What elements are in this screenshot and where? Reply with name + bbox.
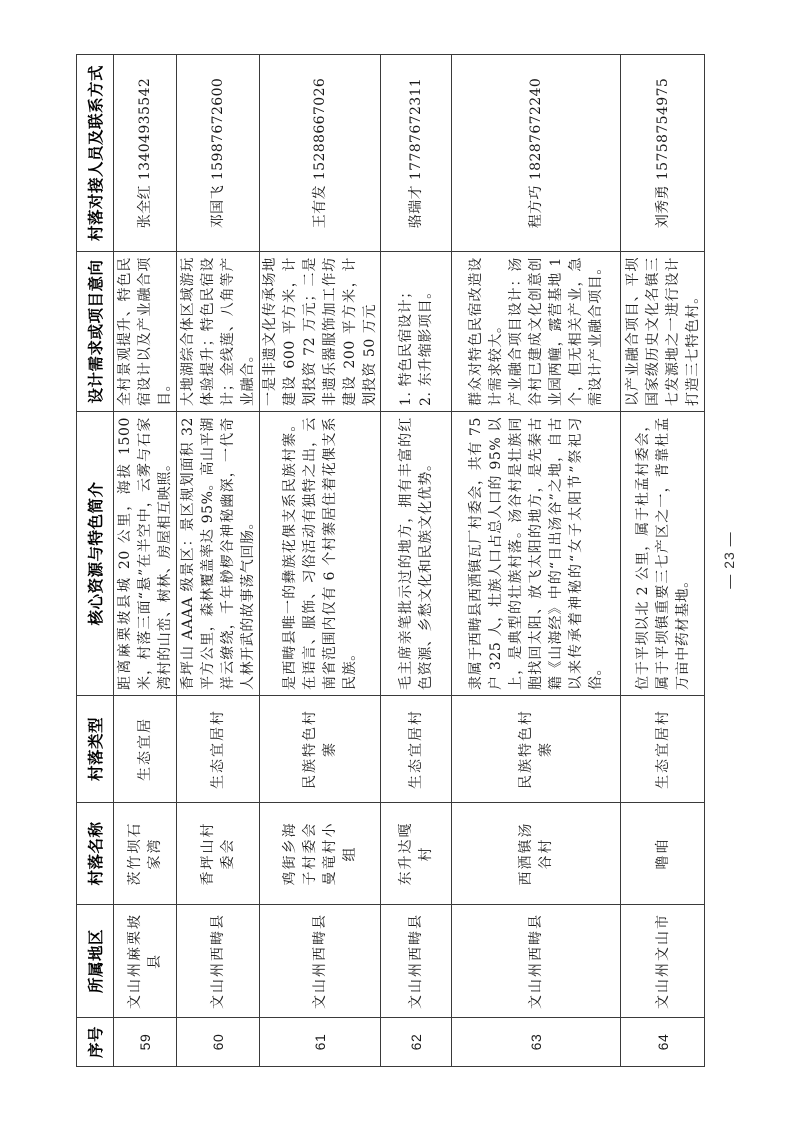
cell-region: 文山州麻栗坡县 [114, 905, 177, 1018]
rotated-table-container: 序号 所属地区 村落名称 村落类型 核心资源与特色简介 设计需求或项目意向 村落… [76, 55, 697, 1067]
cell-serial-number: 63 [452, 1018, 621, 1067]
cell-core-resources: 香坪山 AAAA 级景区：景区规划面积 32 平方公里，森林覆盖率达 95%。高… [177, 412, 260, 696]
table-header-row: 序号 所属地区 村落名称 村落类型 核心资源与特色简介 设计需求或项目意向 村落… [77, 55, 114, 1067]
cell-contact: 张全红 13404935542 [114, 55, 177, 252]
cell-region: 文山州西畴县 [452, 905, 621, 1018]
cell-core-resources: 毛主席亲笔批示过的地方，拥有丰富的红色资源、乡愁文化和民族文化优势。 [381, 412, 452, 696]
cell-contact: 刘秀勇 15758754975 [621, 55, 705, 252]
cell-design-needs: 全村景观提升、特色民宿设计以及产业融合项目。 [114, 252, 177, 412]
header-contact: 村落对接人员及联系方式 [77, 55, 114, 252]
cell-serial-number: 59 [114, 1018, 177, 1067]
cell-village-name: 香坪山村委会 [177, 803, 260, 905]
header-village-name: 村落名称 [77, 803, 114, 905]
cell-serial-number: 60 [177, 1018, 260, 1067]
cell-village-name: 鸡街乡海子村委会曼竜村小组 [260, 803, 381, 905]
cell-serial-number: 61 [260, 1018, 381, 1067]
table-row: 64 文山州文山市 噜咱 生态宜居村 位于平坝以北 2 公里，属于杜孟村委会，属… [621, 55, 705, 1067]
table-row: 62 文山州西畴县 东升达嘎村 生态宜居村 毛主席亲笔批示过的地方，拥有丰富的红… [381, 55, 452, 1067]
header-serial-number: 序号 [77, 1018, 114, 1067]
header-design-needs: 设计需求或项目意向 [77, 252, 114, 412]
cell-serial-number: 62 [381, 1018, 452, 1067]
cell-village-type: 民族特色村寨 [452, 696, 621, 803]
cell-core-resources: 隶属于西畴县西洒镇瓦厂村委会，共有 75 户 325 人，壮族人口占总人口的 9… [452, 412, 621, 696]
cell-design-needs: 大地湖综合体区域游玩体验提升；特色民宿设计；金线莲、八角等产业融合。 [177, 252, 260, 412]
cell-village-type: 生态宜居村 [381, 696, 452, 803]
table-row: 59 文山州麻栗坡县 茨竹坝石家湾 生态宜居 距离麻栗坡县城 20 公里，海拔 … [114, 55, 177, 1067]
cell-core-resources: 是西畴县唯一的彝族花倮支系民族村寨。在语言、服饰、习俗活动有独特之出，云南省范围… [260, 412, 381, 696]
table-row: 60 文山州西畴县 香坪山村委会 生态宜居村 香坪山 AAAA 级景区：景区规划… [177, 55, 260, 1067]
cell-village-name: 东升达嘎村 [381, 803, 452, 905]
cell-contact: 邓国飞 15987672600 [177, 55, 260, 252]
cell-village-type: 生态宜居村 [177, 696, 260, 803]
cell-village-type: 生态宜居 [114, 696, 177, 803]
cell-region: 文山州文山市 [621, 905, 705, 1018]
cell-core-resources: 位于平坝以北 2 公里，属于杜孟村委会，属于平坝镇重要三七产区之一，背靠杜孟万亩… [621, 412, 705, 696]
village-table: 序号 所属地区 村落名称 村落类型 核心资源与特色简介 设计需求或项目意向 村落… [76, 54, 705, 1067]
cell-village-type: 民族特色村寨 [260, 696, 381, 803]
cell-contact: 程方巧 18287672240 [452, 55, 621, 252]
table-row: 63 文山州西畴县 西洒镇汤谷村 民族特色村寨 隶属于西畴县西洒镇瓦厂村委会，共… [452, 55, 621, 1067]
cell-village-name: 西洒镇汤谷村 [452, 803, 621, 905]
cell-village-name: 噜咱 [621, 803, 705, 905]
header-village-type: 村落类型 [77, 696, 114, 803]
cell-region: 文山州西畴县 [260, 905, 381, 1018]
cell-region: 文山州西畴县 [177, 905, 260, 1018]
cell-region: 文山州西畴县 [381, 905, 452, 1018]
document-page: 序号 所属地区 村落名称 村落类型 核心资源与特色简介 设计需求或项目意向 村落… [0, 0, 793, 1122]
cell-design-needs: 群众对特色民宿改造设计需求较大。 产业融合项目设计：汤谷村已建成文化创意创业园两… [452, 252, 621, 412]
header-core-resources: 核心资源与特色简介 [77, 412, 114, 696]
cell-serial-number: 64 [621, 1018, 705, 1067]
cell-contact: 王有发 15288667026 [260, 55, 381, 252]
cell-design-needs: 1. 特色民宿设计； 2. 东升缩影项目。 [381, 252, 452, 412]
page-number: — 23 — [719, 500, 739, 620]
cell-contact: 骆瑞才 17787672311 [381, 55, 452, 252]
cell-design-needs: 一是非遗文化传承场地建设 600 平方米，计划投资 72 万元；二是非遗乐器服饰… [260, 252, 381, 412]
cell-village-name: 茨竹坝石家湾 [114, 803, 177, 905]
table-row: 61 文山州西畴县 鸡街乡海子村委会曼竜村小组 民族特色村寨 是西畴县唯一的彝族… [260, 55, 381, 1067]
cell-core-resources: 距离麻栗坡县城 20 公里，海拔 1500 米，村落三面“悬”在半空中，云雾与石… [114, 412, 177, 696]
cell-design-needs: 以产业融合项目、平坝国家级历史文化名镇三七发源地之一进行设计打造三七特色村。 [621, 252, 705, 412]
cell-village-type: 生态宜居村 [621, 696, 705, 803]
header-region: 所属地区 [77, 905, 114, 1018]
